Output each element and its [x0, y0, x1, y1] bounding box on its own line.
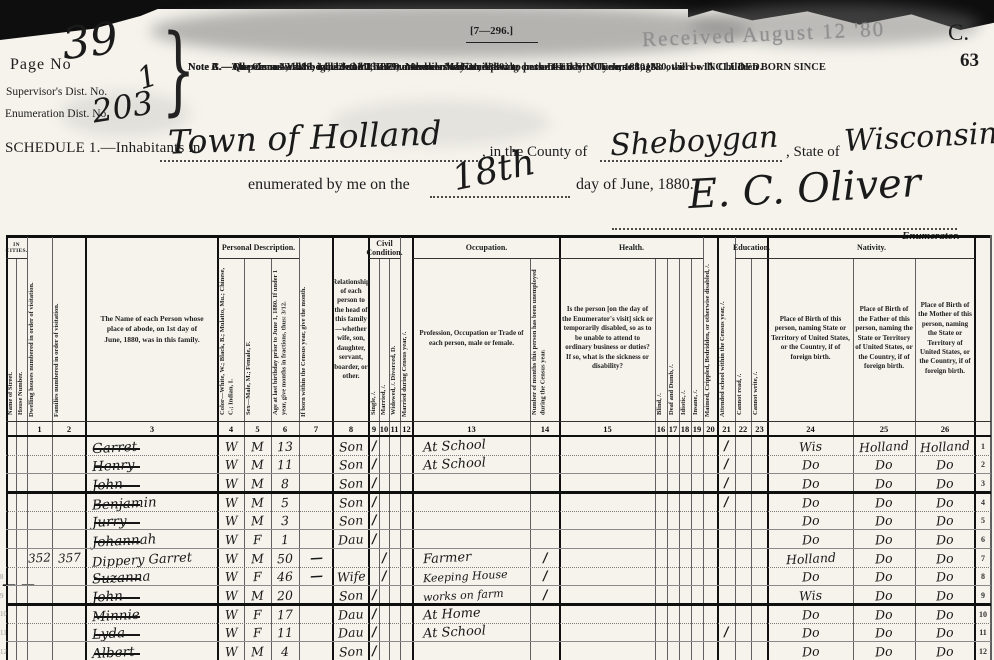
- entry-occ: At Home: [423, 605, 481, 623]
- entry-bp: Do: [801, 644, 819, 660]
- entry-rel: Son: [339, 513, 364, 529]
- entry-mbp: Holland: [920, 438, 971, 456]
- cell-rel-row6: Dau: [333, 530, 369, 549]
- person-name: Albert: [92, 644, 135, 660]
- cell-sex-row2: M: [244, 456, 271, 475]
- entry-color: W: [224, 625, 238, 641]
- entry-sex: F: [253, 532, 262, 547]
- entry-rel: Son: [339, 457, 364, 473]
- entry-age: 3: [281, 513, 290, 528]
- cell-occ-row2: At School: [413, 456, 530, 475]
- cell-fbp-row7: Do: [853, 549, 915, 568]
- cell-single-row5: /: [369, 512, 379, 531]
- cell-rel-row12: Son: [333, 642, 369, 660]
- entry-age: 11: [277, 625, 294, 641]
- entry-month: —: [309, 569, 323, 585]
- entry-fbp: Do: [875, 550, 893, 566]
- col-label-maimed: Maimed, Crippled, Bedridden, or otherwis…: [703, 239, 718, 420]
- cell-school-row1: /: [718, 437, 735, 456]
- col-label-read: Cannot read, /.: [735, 259, 751, 418]
- entry-mbp: Do: [936, 625, 954, 641]
- entry-age: 8: [281, 476, 290, 491]
- cell-mbp-row7: Do: [915, 549, 975, 568]
- cell-married-row8: /: [379, 568, 389, 587]
- margin-line-number: 8: [0, 573, 4, 581]
- entry-bp: Do: [801, 532, 819, 548]
- cell-mbp-row1: Holland: [915, 437, 975, 456]
- cell-single-row10: /: [369, 605, 379, 624]
- line-number: 10: [979, 610, 987, 619]
- cell-color-row11: W: [218, 624, 244, 643]
- cell-sex-row6: F: [244, 530, 271, 549]
- cell-bp-row5: Do: [768, 512, 853, 531]
- line-number: 6: [981, 535, 985, 544]
- line-number: 11: [979, 628, 987, 637]
- cell-fbp-row12: Do: [853, 642, 915, 660]
- line-number: 7: [981, 554, 985, 563]
- entry-occ: At School: [423, 456, 487, 474]
- cell-name-row1: Garret: [86, 437, 218, 456]
- cell-age-row11: 11: [271, 624, 299, 643]
- entry-mbp: Do: [936, 550, 954, 566]
- cell-edge-row12: 12: [0, 642, 6, 660]
- cell-bp-row2: Do: [768, 456, 853, 475]
- cell-line-row11: 11: [975, 624, 991, 643]
- line-number: 1: [981, 442, 985, 451]
- entry-unemp: /: [542, 588, 548, 603]
- cell-edge-row11: 11: [0, 624, 6, 643]
- cell-line-row7: 7: [975, 549, 991, 568]
- cell-mbp-row8: Do: [915, 568, 975, 587]
- cell-color-row8: W: [218, 568, 244, 587]
- col-label-fam: Families numbered in order of visitation…: [52, 239, 86, 420]
- col-label-widowed: Widowed, /. Divorced, D.: [389, 259, 400, 418]
- cell-bp-row12: Do: [768, 642, 853, 660]
- col-label-sex: Sex—Male, M.; Female, F.: [244, 259, 271, 418]
- margin-line-number: 10: [0, 610, 7, 618]
- cell-month-row8: —: [299, 568, 333, 587]
- cell-month-row7: —: [299, 549, 333, 568]
- entry-age: 50: [277, 550, 294, 566]
- cell-fam-row7: 357: [52, 549, 86, 568]
- col-label-deaf: Deaf and Dumb, /.: [667, 259, 679, 418]
- entry-age: 11: [277, 457, 294, 473]
- group-header-health: Health.: [560, 237, 703, 259]
- cell-sex-row8: F: [244, 568, 271, 587]
- entry-color: W: [224, 532, 238, 548]
- cell-unemp-row8: /: [530, 568, 560, 587]
- cell-bp-row1: Wis: [768, 437, 853, 456]
- entry-fbp: Holland: [859, 438, 910, 456]
- entry-school: /: [724, 439, 730, 454]
- cell-mbp-row5: Do: [915, 512, 975, 531]
- entry-bp: Wis: [799, 438, 823, 454]
- col-label-married: Married, /.: [379, 259, 389, 418]
- entry-rel: Son: [339, 644, 364, 660]
- group-header-nat: Nativity.: [768, 237, 975, 259]
- group-header-cities: IN CITIES.: [6, 237, 27, 259]
- col-label-month: If born within the Census year, give the…: [299, 239, 333, 420]
- cell-dwell-row7: 352: [27, 549, 52, 568]
- cell-single-row11: /: [369, 624, 379, 643]
- entry-rel: Dau: [338, 606, 364, 622]
- cell-line-row6: 6: [975, 530, 991, 549]
- col-label-age: Age at last birthday prior to June 1, 18…: [271, 259, 299, 418]
- col-label-idio: Idiotic, /.: [679, 259, 691, 418]
- cell-mbp-row12: Do: [915, 642, 975, 660]
- cell-line-row10: 10: [975, 605, 991, 624]
- cell-age-row4: 5: [271, 493, 299, 512]
- line-number: 8: [981, 572, 985, 581]
- entry-bp: Wis: [799, 588, 823, 604]
- entry-fbp: Do: [875, 513, 893, 529]
- entry-rel: Son: [339, 476, 364, 492]
- cell-name-row10: Minnie: [86, 605, 218, 624]
- entry-mbp: Do: [936, 513, 954, 529]
- cell-fbp-row5: Do: [853, 512, 915, 531]
- margin-line-number: 9: [0, 592, 4, 600]
- cell-name-row7: Dippery Garret: [86, 549, 218, 568]
- col-label-house: House Number.: [16, 259, 27, 418]
- cell-fbp-row10: Do: [853, 605, 915, 624]
- cell-mbp-row10: Do: [915, 605, 975, 624]
- cell-line-row8: 8: [975, 568, 991, 587]
- cell-bp-row6: Do: [768, 530, 853, 549]
- group-header-cc: Civil Condition.: [369, 237, 400, 259]
- entry-occ: works on farm: [423, 587, 504, 604]
- entry-occ: Farmer: [423, 550, 472, 568]
- col-label-insane: Insane, /.: [691, 259, 703, 418]
- cell-age-row5: 3: [271, 512, 299, 531]
- entry-sex: M: [251, 495, 265, 511]
- cell-name-row8: Suzanna: [86, 568, 218, 587]
- margin-line-number: 12: [0, 648, 7, 656]
- cell-fbp-row2: Do: [853, 456, 915, 475]
- entry-unemp: /: [542, 551, 548, 566]
- entry-rel: Son: [339, 588, 364, 604]
- col-label-blind: Blind, /.: [655, 259, 667, 418]
- entry-fbp: Do: [875, 625, 893, 641]
- cell-single-row6: /: [369, 530, 379, 549]
- entry-school: /: [724, 495, 730, 510]
- entry-mbp: Do: [936, 588, 954, 604]
- entry-school: /: [724, 476, 730, 491]
- entry-single: /: [371, 495, 377, 510]
- entry-rel: Dau: [338, 625, 364, 641]
- cell-married-row7: /: [379, 549, 389, 568]
- entry-sex: M: [251, 588, 265, 604]
- entry-married: /: [381, 551, 387, 566]
- entry-bp: Do: [801, 625, 819, 641]
- cell-name-row6: Johannah: [86, 530, 218, 549]
- entry-school: /: [724, 457, 730, 472]
- entry-mbp: Do: [936, 532, 954, 548]
- entry-single: /: [371, 439, 377, 454]
- entry-mbp: Do: [936, 494, 954, 510]
- cell-sex-row5: M: [244, 512, 271, 531]
- entry-mbp: Do: [936, 476, 954, 492]
- entry-rel: Wife: [336, 569, 365, 585]
- cell-school-row4: /: [718, 493, 735, 512]
- entry-fbp: Do: [875, 606, 893, 622]
- entry-bp: Do: [801, 476, 819, 492]
- entry-sex: M: [251, 513, 265, 529]
- entry-married: /: [381, 569, 387, 584]
- cell-line-row12: 12: [975, 642, 991, 660]
- cell-color-row1: W: [218, 437, 244, 456]
- entry-color: W: [224, 457, 238, 473]
- cell-occ-row7: Farmer: [413, 549, 530, 568]
- entry-fbp: Do: [875, 569, 893, 585]
- entry-sex: F: [253, 569, 262, 584]
- cell-age-row2: 11: [271, 456, 299, 475]
- entry-bp: Holland: [785, 550, 836, 568]
- margin-line-number: 11: [0, 629, 7, 637]
- cell-single-row12: /: [369, 642, 379, 660]
- entry-occ: At School: [423, 624, 487, 642]
- entry-mbp: Do: [936, 606, 954, 622]
- cell-single-row4: /: [369, 493, 379, 512]
- entry-fbp: Do: [875, 644, 893, 660]
- cell-fbp-row8: Do: [853, 568, 915, 587]
- entry-single: /: [371, 513, 377, 528]
- entry-single: /: [371, 457, 377, 472]
- cell-color-row5: W: [218, 512, 244, 531]
- cell-color-row6: W: [218, 530, 244, 549]
- entry-sex: M: [251, 551, 265, 567]
- cell-mbp-row4: Do: [915, 493, 975, 512]
- cell-occ-row1: At School: [413, 437, 530, 456]
- cell-name-row2: Henry: [86, 456, 218, 475]
- col-label-school: Attended school within the Census year, …: [718, 239, 735, 420]
- entry-single: /: [371, 625, 377, 640]
- census-page-scan: [7—296.] Received August 12 '80 C. 63 Pa…: [0, 0, 994, 660]
- entry-single: /: [371, 532, 377, 547]
- cell-name-row12: Albert: [86, 642, 218, 660]
- entry-bp: Do: [801, 513, 819, 529]
- cell-school-row2: /: [718, 456, 735, 475]
- col-label-bp: Place of Birth of this person, naming St…: [768, 259, 853, 418]
- entry-color: W: [224, 588, 238, 604]
- line-number: 3: [981, 479, 985, 488]
- cell-mbp-row11: Do: [915, 624, 975, 643]
- entry-dwell: 352: [28, 551, 52, 566]
- cell-fbp-row6: Do: [853, 530, 915, 549]
- col-label-dwell: Dwelling houses numbered in order of vis…: [27, 239, 52, 420]
- col-label-color: Color—White, W.; Black, B.; Mulatto, Mu.…: [218, 259, 244, 418]
- cell-name-row4: Benjamin: [86, 493, 218, 512]
- entry-fbp: Do: [875, 457, 893, 473]
- cell-color-row2: W: [218, 456, 244, 475]
- cell-age-row10: 17: [271, 605, 299, 624]
- entry-sex: M: [251, 439, 265, 455]
- entry-single: /: [371, 476, 377, 491]
- entry-fbp: Do: [875, 588, 893, 604]
- col-label-street: Name of Street.: [6, 259, 16, 418]
- cell-fbp-row1: Holland: [853, 437, 915, 456]
- entry-bp: Do: [801, 569, 819, 585]
- cell-single-row1: /: [369, 437, 379, 456]
- entry-rel: Son: [339, 494, 364, 510]
- entry-single: /: [371, 644, 377, 659]
- cell-bp-row11: Do: [768, 624, 853, 643]
- cell-occ-row10: At Home: [413, 605, 530, 624]
- cell-bp-row8: Do: [768, 568, 853, 587]
- entry-age: 20: [277, 588, 294, 604]
- line-number: 2: [981, 460, 985, 469]
- cell-color-row7: W: [218, 549, 244, 568]
- cell-mbp-row6: Do: [915, 530, 975, 549]
- entry-age: 4: [281, 644, 290, 659]
- group-header-edu: Education.: [735, 237, 768, 259]
- line-number: 5: [981, 516, 985, 525]
- col-label-sick: Is the person [on the day of the Enumera…: [560, 259, 655, 418]
- cell-line-row4: 4: [975, 493, 991, 512]
- cell-rel-row2: Son: [333, 456, 369, 475]
- cell-edge-row10: 10: [0, 605, 6, 624]
- entry-bp: Do: [801, 457, 819, 473]
- entry-occ: Keeping House: [423, 568, 508, 585]
- group-header-occ: Occupation.: [413, 237, 560, 259]
- entry-single: /: [371, 588, 377, 603]
- entry-single: /: [371, 607, 377, 622]
- cell-rel-row10: Dau: [333, 605, 369, 624]
- entry-rel: Son: [339, 438, 364, 454]
- cell-sex-row7: M: [244, 549, 271, 568]
- cell-age-row6: 1: [271, 530, 299, 549]
- cell-age-row8: 46: [271, 568, 299, 587]
- entry-bp: Do: [801, 606, 819, 622]
- col-label-rel: Relationship of each person to the head …: [333, 239, 369, 420]
- entry-mbp: Do: [936, 569, 954, 585]
- entry-fbp: Do: [875, 532, 893, 548]
- col-label-single: Single, /.: [369, 259, 379, 418]
- cell-sex-row4: M: [244, 493, 271, 512]
- entry-age: 13: [277, 438, 294, 454]
- entry-color: W: [224, 551, 238, 567]
- line-number: 12: [979, 647, 987, 656]
- entry-fbp: Do: [875, 494, 893, 510]
- cell-occ-row11: At School: [413, 624, 530, 643]
- entry-color: W: [224, 513, 238, 529]
- col-label-fbp: Place of Birth of the Father of this per…: [853, 259, 915, 418]
- cell-sex-row11: F: [244, 624, 271, 643]
- cell-sex-row1: M: [244, 437, 271, 456]
- entry-sex: F: [253, 625, 262, 640]
- entry-color: W: [224, 644, 238, 660]
- cell-sex-row10: F: [244, 605, 271, 624]
- entry-age: 46: [277, 569, 294, 585]
- entry-age: 17: [277, 606, 294, 622]
- entry-bp: Do: [801, 494, 819, 510]
- col-label-occ: Profession, Occupation or Trade of each …: [413, 259, 530, 418]
- cell-edge-row8: 8: [0, 568, 6, 587]
- cell-mbp-row2: Do: [915, 456, 975, 475]
- col-label-name: The Name of each Person whose place of a…: [86, 239, 218, 420]
- cell-color-row4: W: [218, 493, 244, 512]
- cell-occ-row8: Keeping House: [413, 568, 530, 587]
- cell-fbp-row4: Do: [853, 493, 915, 512]
- cell-color-row10: W: [218, 605, 244, 624]
- entry-occ: At School: [423, 437, 487, 455]
- cell-fbp-row11: Do: [853, 624, 915, 643]
- cell-color-row12: W: [218, 642, 244, 660]
- cell-name-row5: Jurry: [86, 512, 218, 531]
- cell-age-row7: 50: [271, 549, 299, 568]
- cell-line-row1: 1: [975, 437, 991, 456]
- entry-color: W: [224, 495, 238, 511]
- cell-single-row2: /: [369, 456, 379, 475]
- entry-sex: M: [251, 644, 265, 660]
- cell-unemp-row7: /: [530, 549, 560, 568]
- entry-fbp: Do: [875, 476, 893, 492]
- col-label-maryr: Married during Census year, /.: [400, 239, 413, 420]
- entry-fam: 357: [57, 551, 81, 566]
- cell-rel-row11: Dau: [333, 624, 369, 643]
- cell-name-row11: Lyda: [86, 624, 218, 643]
- cell-rel-row1: Son: [333, 437, 369, 456]
- entry-sex: M: [251, 457, 265, 473]
- cell-line-row2: 2: [975, 456, 991, 475]
- col-label-write: Cannot write, /.: [751, 259, 768, 418]
- entry-color: W: [224, 439, 238, 455]
- cell-bp-row4: Do: [768, 493, 853, 512]
- cell-bp-row7: Holland: [768, 549, 853, 568]
- cell-rel-row8: Wife: [333, 568, 369, 587]
- line-number: 9: [981, 591, 985, 600]
- cell-sex-row12: M: [244, 642, 271, 660]
- entry-mbp: Do: [936, 457, 954, 473]
- cell-age-row12: 4: [271, 642, 299, 660]
- group-header-pd: Personal Description.: [218, 237, 299, 259]
- col-label-mbp: Place of Birth of the Mother of this per…: [915, 259, 975, 418]
- entry-school: /: [724, 625, 730, 640]
- entry-color: W: [224, 607, 238, 623]
- entry-sex: M: [251, 476, 265, 492]
- cell-rel-row5: Son: [333, 512, 369, 531]
- entry-color: W: [224, 476, 238, 492]
- cell-bp-row10: Do: [768, 605, 853, 624]
- cell-age-row1: 13: [271, 437, 299, 456]
- entry-month: —: [309, 550, 323, 566]
- entry-mbp: Do: [936, 644, 954, 660]
- census-table: IN CITIES.Personal Description.Civil Con…: [0, 0, 994, 660]
- entry-age: 1: [281, 532, 290, 547]
- entry-age: 5: [281, 495, 290, 510]
- cell-rel-row4: Son: [333, 493, 369, 512]
- entry-sex: F: [253, 607, 262, 622]
- col-label-unemp: Number of months this person has been un…: [530, 259, 560, 418]
- entry-unemp: /: [542, 569, 548, 584]
- entry-rel: Dau: [338, 531, 364, 547]
- line-number: 4: [981, 498, 985, 507]
- cell-line-row5: 5: [975, 512, 991, 531]
- cell-school-row11: /: [718, 624, 735, 643]
- entry-color: W: [224, 569, 238, 585]
